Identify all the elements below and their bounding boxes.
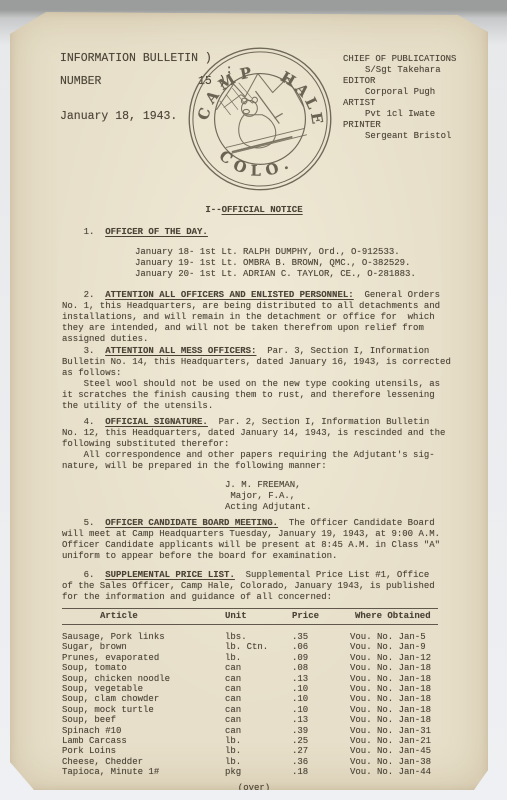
item-number: 2. xyxy=(62,290,105,300)
cell-unit: can xyxy=(225,684,292,694)
cell-price: .36 xyxy=(292,757,350,767)
item-number: 3. xyxy=(62,346,105,356)
price-row: Lamb Carcasslb..25Vou. No. Jan-21 xyxy=(62,736,438,746)
price-row: Tapioca, Minute 1#pkg.18Vou. No. Jan-44 xyxy=(62,767,438,777)
cell-price: .10 xyxy=(292,694,350,704)
notice-item-2: 2. ATTENTION ALL OFFICERS AND ENLISTED P… xyxy=(62,290,446,345)
cell-unit: lb. xyxy=(225,736,292,746)
cell-article: Soup, vegetable xyxy=(62,684,225,694)
item-body: will meet at Camp Headquarters Tuesday, … xyxy=(62,529,446,562)
section-title-prefix: I-- xyxy=(205,205,221,215)
cell-article: Cheese, Chedder xyxy=(62,757,225,767)
cell-price: .39 xyxy=(292,726,350,736)
cell-price: .10 xyxy=(292,684,350,694)
price-row: Soup, clam chowdercan.10Vou. No. Jan-18 xyxy=(62,694,438,704)
item-lead-text: Par. 2, Section I, Information Bulletin xyxy=(208,417,429,427)
cell-price: .13 xyxy=(292,674,350,684)
item-body: No. 1, this Headquarters, are being dist… xyxy=(62,301,446,345)
price-row: Soup, chicken noodlecan.13Vou. No. Jan-1… xyxy=(62,674,438,684)
cell-where: Vou. No. Jan-18 xyxy=(350,705,438,715)
cell-article: Soup, tomato xyxy=(62,663,225,673)
officer-of-day-lines: January 18- 1st Lt. RALPH DUMPHY, Ord., … xyxy=(62,247,507,280)
section-title-text: OFFICIAL NOTICE xyxy=(222,205,303,215)
cell-unit: lbs. xyxy=(225,632,292,642)
col-header-article: Article xyxy=(62,611,225,624)
price-rows: Sausage, Pork linkslbs..35Vou. No. Jan-5… xyxy=(62,632,438,777)
cell-price: .35 xyxy=(292,632,350,642)
cell-article: Lamb Carcass xyxy=(62,736,225,746)
cell-price: .13 xyxy=(292,715,350,725)
scan-background: INFORMATION BULLETIN ) : NUMBER 15 ) Jan… xyxy=(0,0,507,800)
price-row: Prunes, evaporatedlb..09Vou. No. Jan-12 xyxy=(62,653,438,663)
cell-where: Vou. No. Jan-12 xyxy=(350,653,438,663)
price-row: Pork Loinslb..27Vou. No. Jan-45 xyxy=(62,746,438,756)
item-heading: OFFICER CANDIDATE BOARD MEETING. xyxy=(105,518,278,528)
item-number: 4. xyxy=(62,417,105,427)
price-table: Article Unit Price Where Obtained Sausag… xyxy=(62,608,438,777)
cell-where: Vou. No. Jan-38 xyxy=(350,757,438,767)
cell-unit: lb. Ctn. xyxy=(225,642,292,652)
table-header-row: Article Unit Price Where Obtained xyxy=(62,609,438,624)
cell-where: Vou. No. Jan-18 xyxy=(350,674,438,684)
item-number: 6. xyxy=(62,570,105,580)
cell-article: Tapioca, Minute 1# xyxy=(62,767,225,777)
cell-where: Vou. No. Jan-31 xyxy=(350,726,438,736)
cell-where: Vou. No. Jan-18 xyxy=(350,684,438,694)
item-heading: ATTENTION ALL MESS OFFICERS: xyxy=(105,346,256,356)
cell-where: Vou. No. Jan-21 xyxy=(350,736,438,746)
cell-where: Vou. No. Jan-18 xyxy=(350,715,438,725)
cell-article: Pork Loins xyxy=(62,746,225,756)
price-row: Soup, beefcan.13Vou. No. Jan-18 xyxy=(62,715,438,725)
item-body: of the Sales Officer, Camp Hale, Colorad… xyxy=(62,581,446,603)
item-heading: OFFICIAL SIGNATURE. xyxy=(105,417,208,427)
cell-article: Soup, beef xyxy=(62,715,225,725)
cell-unit: can xyxy=(225,726,292,736)
over-label: (over) xyxy=(62,783,446,794)
notice-item-1-heading: 1. OFFICER OF THE DAY. xyxy=(62,227,446,238)
cell-unit: can xyxy=(225,694,292,704)
price-row: Sausage, Pork linkslbs..35Vou. No. Jan-5 xyxy=(62,632,438,642)
col-header-where: Where Obtained xyxy=(350,611,438,624)
table-rule-bottom xyxy=(62,624,438,625)
cell-article: Prunes, evaporated xyxy=(62,653,225,663)
item-heading: OFFICER OF THE DAY. xyxy=(105,227,208,237)
cell-price: .08 xyxy=(292,663,350,673)
item-lead-text: Par. 3, Section I, Information xyxy=(256,346,429,356)
price-row: Soup, mock turtlecan.10Vou. No. Jan-18 xyxy=(62,705,438,715)
cell-article: Sugar, brown xyxy=(62,642,225,652)
cell-article: Soup, clam chowder xyxy=(62,694,225,704)
item-heading: ATTENTION ALL OFFICERS AND ENLISTED PERS… xyxy=(105,290,353,300)
cell-where: Vou. No. Jan-45 xyxy=(350,746,438,756)
signature-block: J. M. FREEMAN, Major, F.A., Acting Adjut… xyxy=(62,480,507,513)
price-row: Soup, vegetablecan.10Vou. No. Jan-18 xyxy=(62,684,438,694)
cell-where: Vou. No. Jan-9 xyxy=(350,642,438,652)
cell-where: Vou. No. Jan-5 xyxy=(350,632,438,642)
notice-item-5: 5. OFFICER CANDIDATE BOARD MEETING. The … xyxy=(62,518,446,562)
cell-unit: can xyxy=(225,674,292,684)
price-row: Soup, tomatocan.08Vou. No. Jan-18 xyxy=(62,663,438,673)
cell-unit: can xyxy=(225,715,292,725)
cell-price: .18 xyxy=(292,767,350,777)
cell-unit: lb. xyxy=(225,757,292,767)
section-title: I--OFFICIAL NOTICE xyxy=(62,205,446,216)
cell-where: Vou. No. Jan-44 xyxy=(350,767,438,777)
cell-where: Vou. No. Jan-18 xyxy=(350,694,438,704)
price-row: Sugar, brownlb. Ctn..06Vou. No. Jan-9 xyxy=(62,642,438,652)
cell-article: Soup, mock turtle xyxy=(62,705,225,715)
notice-item-4: 4. OFFICIAL SIGNATURE. Par. 2, Section I… xyxy=(62,417,446,472)
cell-unit: can xyxy=(225,705,292,715)
item-body: No. 12, this Headquarters, dated January… xyxy=(62,428,446,472)
cell-article: Soup, chicken noodle xyxy=(62,674,225,684)
item-body: Bulletin No. 14, this Headquarters, date… xyxy=(62,357,446,412)
cell-price: .27 xyxy=(292,746,350,756)
cell-where: Vou. No. Jan-18 xyxy=(350,663,438,673)
item-number: 5. xyxy=(62,518,105,528)
cell-price: .09 xyxy=(292,653,350,663)
col-header-price: Price xyxy=(292,611,350,624)
notice-item-6: 6. SUPPLEMENTAL PRICE LIST. Supplemental… xyxy=(62,570,446,603)
cell-price: .25 xyxy=(292,736,350,746)
cell-price: .10 xyxy=(292,705,350,715)
notice-item-3: 3. ATTENTION ALL MESS OFFICERS: Par. 3, … xyxy=(62,346,446,412)
cell-unit: lb. xyxy=(225,746,292,756)
item-heading: SUPPLEMENTAL PRICE LIST. xyxy=(105,570,235,580)
cell-price: .06 xyxy=(292,642,350,652)
cell-unit: can xyxy=(225,663,292,673)
cell-article: Spinach #10 xyxy=(62,726,225,736)
notice-body: I--OFFICIAL NOTICE 1. OFFICER OF THE DAY… xyxy=(62,12,446,790)
item-lead-text: The Officer Candidate Board xyxy=(278,518,435,528)
cell-article: Sausage, Pork links xyxy=(62,632,225,642)
col-header-unit: Unit xyxy=(225,611,292,624)
item-lead-text: Supplemental Price List #1, Office xyxy=(235,570,429,580)
price-row: Cheese, Chedderlb..36Vou. No. Jan-38 xyxy=(62,757,438,767)
item-lead-text: General Orders xyxy=(354,290,440,300)
item-number: 1. xyxy=(62,227,105,237)
cell-unit: pkg xyxy=(225,767,292,777)
price-row: Spinach #10can.39Vou. No. Jan-31 xyxy=(62,726,438,736)
cell-unit: lb. xyxy=(225,653,292,663)
bulletin-page: INFORMATION BULLETIN ) : NUMBER 15 ) Jan… xyxy=(10,12,488,790)
